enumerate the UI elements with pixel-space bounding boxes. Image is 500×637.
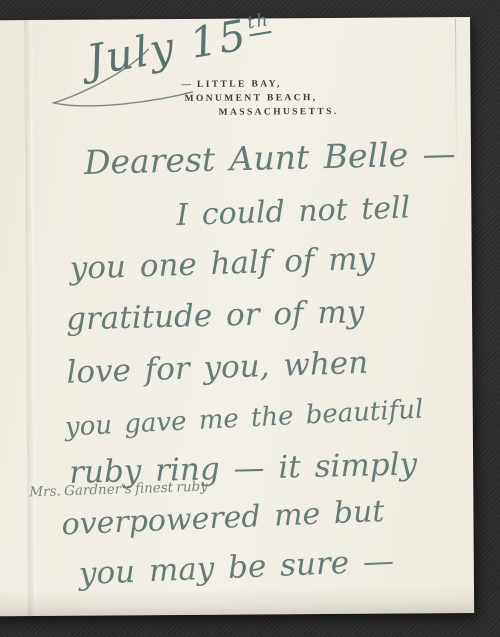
letterhead-line-3: MASSACHUSETTS. [219, 107, 339, 118]
paper-fold-crease [24, 20, 38, 616]
letter-photograph: July 15th —LITTLE BAY, MONUMENT BEACH, M… [0, 0, 500, 637]
letter-line: I could not tell [176, 190, 411, 233]
letterhead-line-2: MONUMENT BEACH, [185, 93, 318, 104]
letter-line-salutation: Dearest Aunt Belle — [84, 134, 456, 182]
letterhead-place: LITTLE BAY, [197, 79, 282, 90]
letter-line: you may be sure — [78, 543, 394, 592]
pencil-annotation: Mrs. Gardner's finest ruby [29, 479, 208, 501]
letter-line: you gave me the beautiful [64, 395, 424, 443]
letter-line: love for you, when [66, 345, 369, 391]
letterhead-dash: — [181, 80, 191, 90]
letter-page: July 15th —LITTLE BAY, MONUMENT BEACH, M… [0, 17, 474, 616]
letterhead-line-1: —LITTLE BAY, [181, 79, 281, 90]
letter-line: you one half of my [69, 241, 375, 287]
letter-line: gratitude or of my [66, 294, 365, 337]
letter-line: overpowered me but [61, 494, 385, 542]
date-ordinal-suffix: th [246, 10, 272, 36]
